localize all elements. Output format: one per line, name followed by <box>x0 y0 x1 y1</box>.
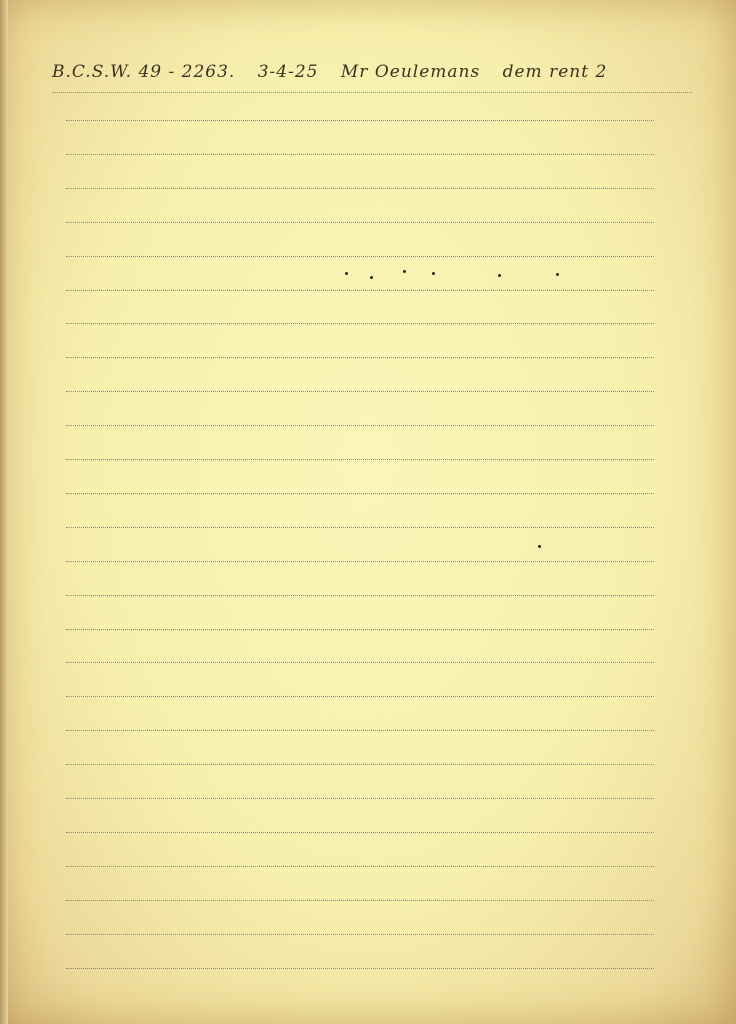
ruled-line <box>66 561 654 562</box>
ink-speck <box>403 270 406 273</box>
ruled-line <box>66 222 654 223</box>
ink-speck <box>345 272 348 275</box>
ruled-line <box>66 459 654 460</box>
ruled-line <box>66 730 654 731</box>
ruled-line <box>66 256 654 257</box>
ruled-line <box>66 425 654 426</box>
ruled-line <box>66 764 654 765</box>
ink-speck <box>538 545 541 548</box>
ink-speck <box>370 276 373 279</box>
ruled-line <box>66 188 654 189</box>
ruled-line <box>66 696 654 697</box>
ruled-line <box>66 832 654 833</box>
ruled-line <box>66 968 654 969</box>
ruled-line <box>66 527 654 528</box>
index-card: B.C.S.W. 49 - 2263. 3-4-25 Mr Oeulemans … <box>0 0 736 1024</box>
ruled-line <box>66 357 654 358</box>
ruled-line <box>66 391 654 392</box>
card-left-edge <box>0 0 8 1024</box>
ruled-line <box>66 900 654 901</box>
header-note: dem rent 2 <box>503 62 608 82</box>
ruled-line <box>66 120 654 121</box>
ink-speck <box>432 272 435 275</box>
ruled-line <box>66 629 654 630</box>
ruled-line <box>66 934 654 935</box>
header-reference: B.C.S.W. 49 - 2263. <box>52 62 235 82</box>
ruled-line <box>66 290 654 291</box>
ink-speck <box>498 274 501 277</box>
handwritten-header: B.C.S.W. 49 - 2263. 3-4-25 Mr Oeulemans … <box>52 62 692 93</box>
ruled-line <box>66 866 654 867</box>
header-name: Mr Oeulemans <box>341 62 480 82</box>
ruled-line <box>66 493 654 494</box>
ruled-line <box>66 323 654 324</box>
ruled-line <box>66 154 654 155</box>
header-date: 3-4-25 <box>258 62 319 82</box>
ruled-line <box>66 595 654 596</box>
ink-speck <box>556 273 559 276</box>
ruled-line <box>66 662 654 663</box>
ruled-line <box>66 798 654 799</box>
